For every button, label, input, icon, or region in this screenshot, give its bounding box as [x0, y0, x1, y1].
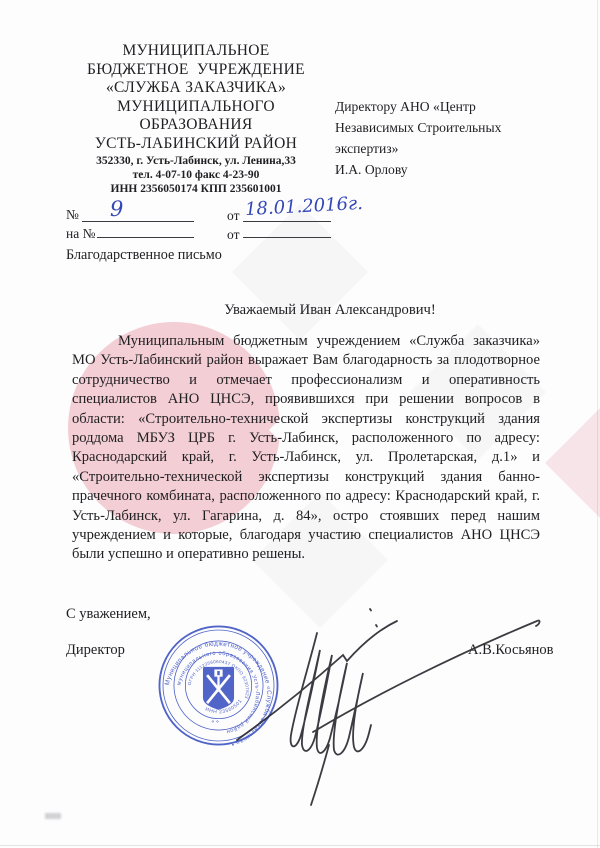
salutation: Уважаемый Иван Александрович!: [80, 302, 580, 319]
handwritten-signature: [225, 595, 555, 820]
recipient-line: Директору АНО «Центр: [335, 96, 570, 117]
ref-from-label: от: [227, 208, 239, 224]
sender-org-line: МУНИЦИПАЛЬНОЕ: [55, 42, 337, 61]
sender-org-line: БЮДЖЕТНОЕ УЧРЕЖДЕНИЕ: [55, 61, 337, 80]
underline: [97, 216, 194, 238]
sender-address-line: 352330, г. Усть-Лабинск, ул. Ленина,33: [55, 154, 337, 168]
sender-org-line: УСТЬ-ЛАБИНСКИЙ РАЙОН: [55, 135, 337, 154]
ref-no-label: №: [66, 207, 79, 223]
closing-regards: С уважением,: [66, 606, 151, 623]
recipient-block: Директору АНО «Центр Независимых Строите…: [335, 96, 570, 180]
sender-block: МУНИЦИПАЛЬНОЕ БЮДЖЕТНОЕ УЧРЕЖДЕНИЕ «СЛУЖ…: [55, 42, 337, 196]
signer-position: Директор: [66, 642, 125, 659]
letter-body: Муниципальным бюджетным учреждением «Слу…: [72, 332, 540, 565]
scanned-letter-page: Муниципальное бюджетное учреждение «Служ…: [0, 0, 600, 848]
sender-org-line: «СЛУЖБА ЗАКАЗЧИКА»: [55, 79, 337, 98]
recipient-line: экспертиз»: [335, 138, 570, 159]
recipient-line: И.А. Орлову: [335, 159, 570, 180]
ref-on-no-label: на №: [66, 226, 95, 242]
ref-on-from-label: от: [227, 227, 239, 243]
letter-subject: Благодарственное письмо: [66, 247, 222, 264]
sender-address-line: тел. 4-07-10 факс 4-23-90: [55, 168, 337, 182]
underline: [243, 216, 331, 238]
sender-address-line: ИНН 2356050174 КПП 235601001: [55, 182, 337, 196]
sender-org-line: МУНИЦИПАЛЬНОГО: [55, 98, 337, 117]
sender-org-line: ОБРАЗОВАНИЯ: [55, 116, 337, 135]
reference-number-block: № 9 от 18.01.2016г. на № от: [66, 200, 346, 245]
recipient-line: Независимых Строительных: [335, 117, 570, 138]
